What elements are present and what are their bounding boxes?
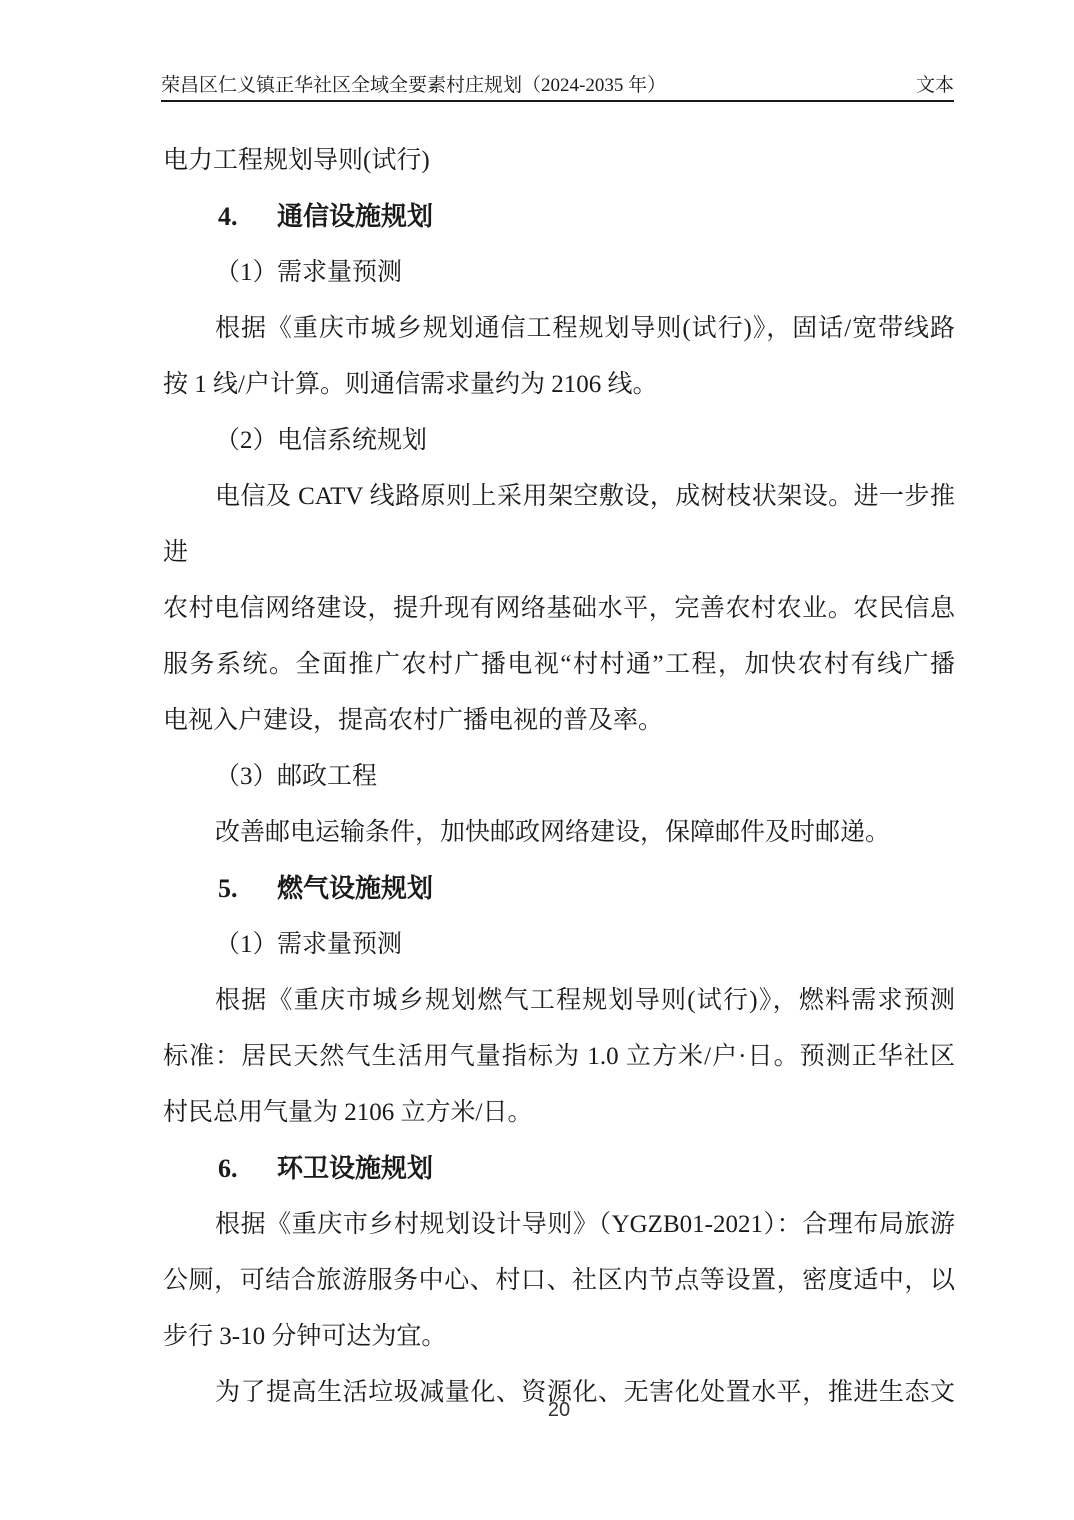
section-heading: 5.燃气设施规划	[163, 861, 955, 917]
section-number: 5.	[218, 861, 277, 917]
subsection-label: （3）	[215, 749, 277, 805]
section-heading: 4.通信设施规划	[163, 189, 955, 245]
subsection-heading: （2）电信系统规划	[163, 413, 955, 469]
text-line: 根据《重庆市城乡规划通信工程规划导则(试行)》，固话/宽带线路	[163, 301, 955, 357]
section-title: 燃气设施规划	[277, 874, 433, 903]
text-line: 农村电信网络建设，提升现有网络基础水平，完善农村农业。农民信息	[163, 581, 955, 637]
section-title: 环卫设施规划	[277, 1154, 433, 1183]
subsection-title: 邮政工程	[277, 763, 377, 790]
text-line: 按 1 线/户计算。则通信需求量约为 2106 线。	[163, 357, 955, 413]
subsection-heading: （3）邮政工程	[163, 749, 955, 805]
section-number: 6.	[218, 1141, 277, 1197]
section-number: 4.	[218, 189, 277, 245]
subsection-label: （1）	[215, 245, 277, 301]
subsection-heading: （1）需求量预测	[163, 917, 955, 973]
section-title: 通信设施规划	[277, 202, 433, 231]
header-title: 荣昌区仁义镇正华社区全域全要素村庄规划（2024-2035 年）	[161, 75, 666, 97]
subsection-label: （1）	[215, 917, 277, 973]
subsection-label: （2）	[215, 413, 277, 469]
text-line: 标准：居民天然气生活用气量指标为 1.0 立方米/户·日。预测正华社区	[163, 1029, 955, 1085]
text-line: 电信及 CATV 线路原则上采用架空敷设，成树枝状架设。进一步推进	[163, 469, 955, 581]
text-line: 根据《重庆市城乡规划燃气工程规划导则(试行)》，燃料需求预测	[163, 973, 955, 1029]
subsection-title: 需求量预测	[277, 259, 402, 286]
header-doc-type: 文本	[916, 75, 954, 97]
section-heading: 6.环卫设施规划	[163, 1141, 955, 1197]
page-number: 20	[548, 1399, 570, 1421]
text-line: 电力工程规划导则(试行)	[163, 133, 955, 189]
text-line: 电视入户建设，提高农村广播电视的普及率。	[163, 693, 955, 749]
text-line: 步行 3-10 分钟可达为宜。	[163, 1309, 955, 1365]
text-line: 服务系统。全面推广农村广播电视“村村通”工程，加快农村有线广播	[163, 637, 955, 693]
subsection-heading: （1）需求量预测	[163, 245, 955, 301]
page-footer: 20	[163, 1398, 955, 1422]
text-line: 改善邮电运输条件，加快邮政网络建设，保障邮件及时邮递。	[163, 805, 955, 861]
text-line: 根据《重庆市乡村规划设计导则》（YGZB01-2021）：合理布局旅游	[163, 1197, 955, 1253]
document-page: 荣昌区仁义镇正华社区全域全要素村庄规划（2024-2035 年） 文本 电力工程…	[0, 0, 1074, 1520]
text-line: 公厕，可结合旅游服务中心、村口、社区内节点等设置，密度适中，以	[163, 1253, 955, 1309]
text-line: 村民总用气量为 2106 立方米/日。	[163, 1085, 955, 1141]
subsection-title: 需求量预测	[277, 931, 402, 958]
page-header: 荣昌区仁义镇正华社区全域全要素村庄规划（2024-2035 年） 文本	[161, 60, 954, 102]
subsection-title: 电信系统规划	[277, 427, 427, 454]
content-area: 电力工程规划导则(试行)4.通信设施规划（1）需求量预测根据《重庆市城乡规划通信…	[163, 133, 955, 1421]
